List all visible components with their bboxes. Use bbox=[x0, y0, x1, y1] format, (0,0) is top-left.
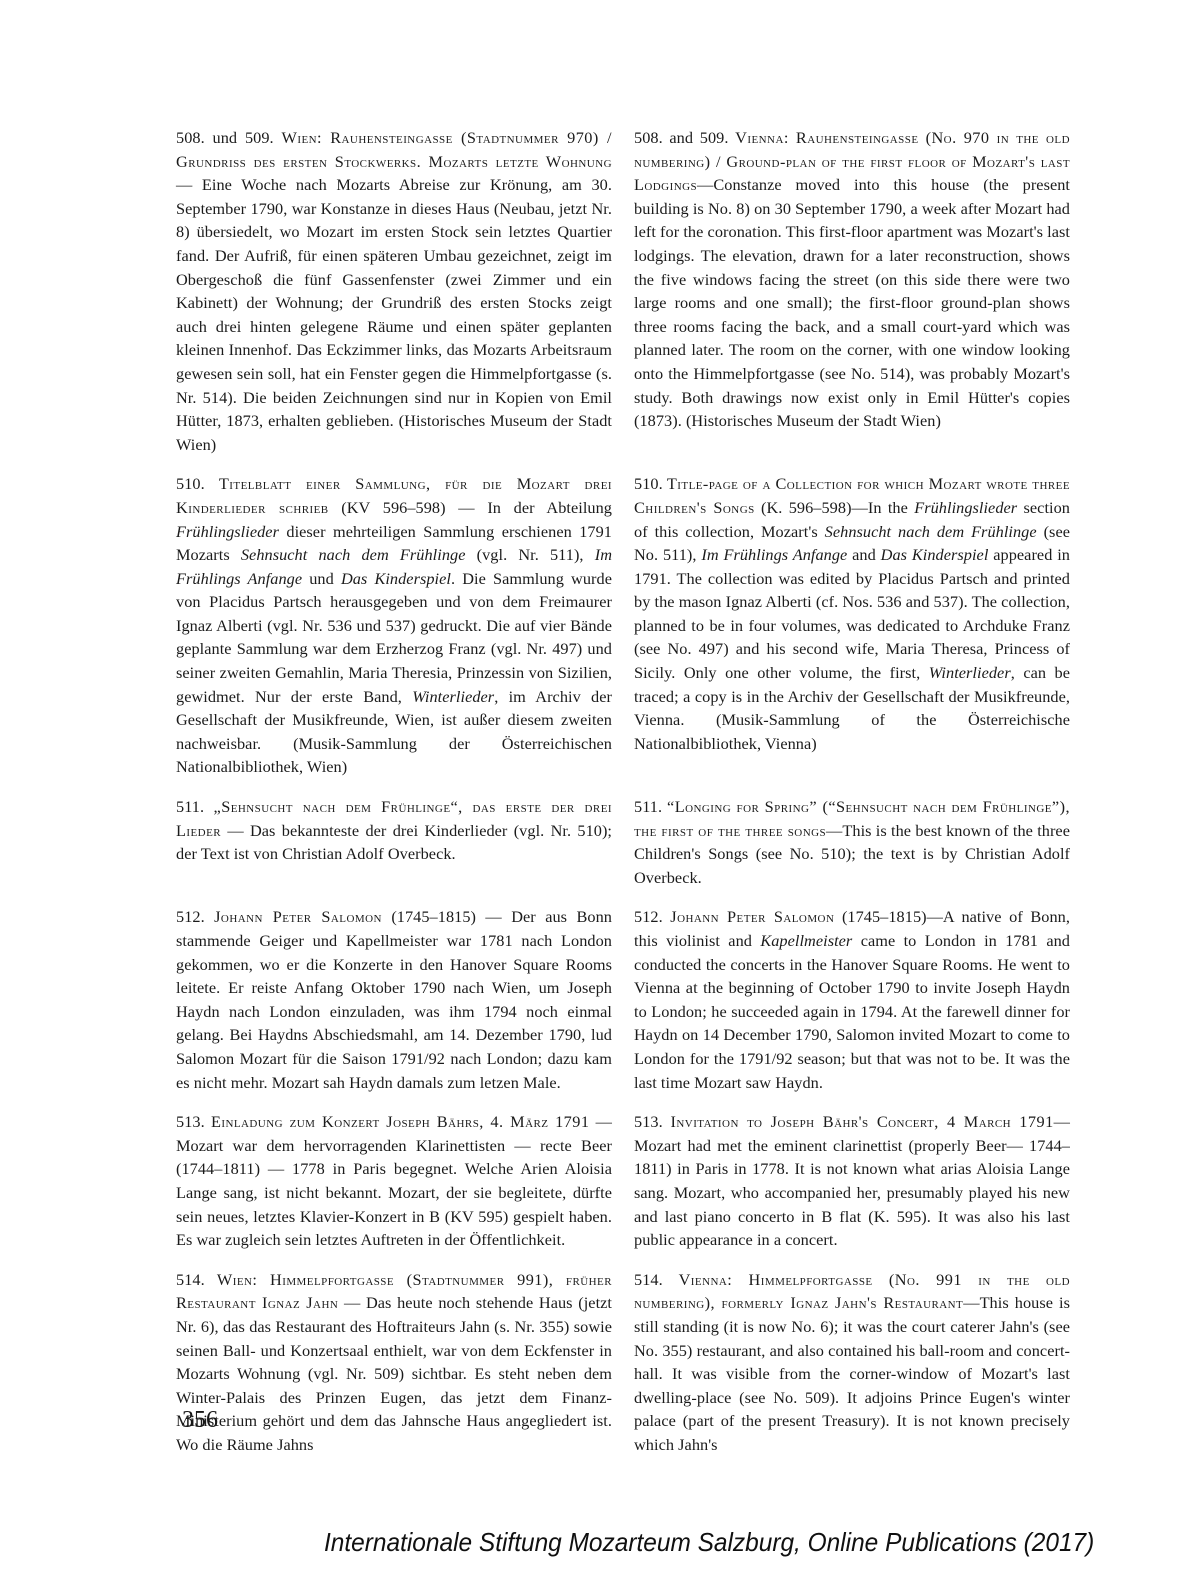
italic-title-text: Das Kinderspiel bbox=[341, 569, 451, 588]
body-text: — Das heute noch stehende Haus (jetzt Nr… bbox=[176, 1293, 612, 1454]
entry-english-text: 513. Invitation to Joseph Bähr's Concert… bbox=[634, 1110, 1070, 1252]
body-text: (vgl. Nr. 511), bbox=[465, 545, 594, 564]
entry-row: 513. Einladung zum Konzert Joseph Bährs,… bbox=[176, 1110, 1070, 1252]
catalog-entries: 508. und 509. Wien: Rauhensteingasse (St… bbox=[176, 126, 1070, 1472]
entry-german-text: 510. Titelblatt einer Sammlung, für die … bbox=[176, 472, 612, 779]
body-text: (1745–1815) — Der aus Bonn stammende Gei… bbox=[176, 907, 612, 1091]
italic-title-text: Im Frühlings Anfange bbox=[701, 545, 847, 564]
body-text: 511. bbox=[176, 797, 214, 816]
italic-title-text: Frühlingslieder bbox=[914, 498, 1017, 517]
body-text: —Mozart had met the eminent clarinettist… bbox=[634, 1112, 1070, 1249]
body-text: 510. bbox=[634, 474, 667, 493]
entry-english-text: 511. “Longing for Spring” (“Sehnsucht na… bbox=[634, 795, 1070, 889]
body-text: 511. bbox=[634, 797, 667, 816]
body-text: 508. and 509. bbox=[634, 128, 735, 147]
entry-row: 510. Titelblatt einer Sammlung, für die … bbox=[176, 472, 1070, 779]
italic-title-text: Sehnsucht nach dem Frühlinge bbox=[241, 545, 466, 564]
body-text: 514. bbox=[176, 1270, 217, 1289]
body-text: 514. bbox=[634, 1270, 679, 1289]
entry-german-text: 513. Einladung zum Konzert Joseph Bährs,… bbox=[176, 1110, 612, 1252]
body-text: —This house is still standing (it is now… bbox=[634, 1293, 1070, 1454]
body-text: came to London in 1781 and conducted the… bbox=[634, 931, 1070, 1092]
small-caps-heading-text: Einladung zum Konzert Joseph Bährs, 4. M… bbox=[211, 1112, 590, 1131]
body-text: — Eine Woche nach Mozarts Abreise zur Kr… bbox=[176, 175, 612, 454]
italic-title-text: Frühlingslieder bbox=[176, 522, 279, 541]
italic-title-text: Winterlieder bbox=[412, 687, 494, 706]
entry-row: 508. und 509. Wien: Rauhensteingasse (St… bbox=[176, 126, 1070, 456]
small-caps-heading-text: Invitation to Joseph Bähr's Concert, 4 M… bbox=[671, 1112, 1054, 1131]
entry-row: 512. Johann Peter Salomon (1745–1815) — … bbox=[176, 905, 1070, 1094]
entry-german-text: 514. Wien: Himmelpfortgasse (Stadtnummer… bbox=[176, 1268, 612, 1457]
entry-german-text: 508. und 509. Wien: Rauhensteingasse (St… bbox=[176, 126, 612, 456]
body-text: and bbox=[847, 545, 880, 564]
page-number: 356 bbox=[182, 1408, 218, 1432]
body-text: 512. bbox=[634, 907, 670, 926]
body-text: appeared in 1791. The collection was edi… bbox=[634, 545, 1070, 682]
small-caps-heading-text: Johann Peter Salomon bbox=[214, 907, 382, 926]
body-text: (K. 596–598)—In the bbox=[755, 498, 915, 517]
entry-german-text: 512. Johann Peter Salomon (1745–1815) — … bbox=[176, 905, 612, 1094]
italic-title-text: Sehnsucht nach dem Frühlinge bbox=[825, 522, 1037, 541]
italic-title-text: Kapellmeister bbox=[760, 931, 852, 950]
entry-row: 514. Wien: Himmelpfortgasse (Stadtnummer… bbox=[176, 1268, 1070, 1457]
entry-german-text: 511. „Sehnsucht nach dem Frühlinge“, das… bbox=[176, 795, 612, 889]
scanned-book-page: { "page": { "number": "356", "footer_cre… bbox=[0, 0, 1200, 1581]
entry-english-text: 512. Johann Peter Salomon (1745–1815)—A … bbox=[634, 905, 1070, 1094]
body-text: 513. bbox=[634, 1112, 671, 1131]
entry-english-text: 510. Title-page of a Collection for whic… bbox=[634, 472, 1070, 779]
body-text: —Constanze moved into this house (the pr… bbox=[634, 175, 1070, 430]
italic-title-text: Das Kinderspiel bbox=[881, 545, 989, 564]
body-text: 513. bbox=[176, 1112, 211, 1131]
body-text: — Mozart war dem hervorragenden Klarinet… bbox=[176, 1112, 612, 1249]
italic-title-text: Winterlieder bbox=[929, 663, 1011, 682]
entry-english-text: 514. Vienna: Himmelpfortgasse (No. 991 i… bbox=[634, 1268, 1070, 1457]
body-text: . Die Sammlung wurde von Placidus Partsc… bbox=[176, 569, 612, 706]
entry-row: 511. „Sehnsucht nach dem Frühlinge“, das… bbox=[176, 795, 1070, 889]
body-text: 510. bbox=[176, 474, 219, 493]
body-text: (KV 596–598) — In der Abteilung bbox=[329, 498, 612, 517]
small-caps-heading-text: Johann Peter Salomon bbox=[670, 907, 834, 926]
body-text: — Das bekannteste der drei Kinderlieder … bbox=[176, 821, 612, 864]
body-text: 508. und 509. bbox=[176, 128, 282, 147]
footer-credit: Internationale Stiftung Mozarteum Salzbu… bbox=[324, 1527, 1094, 1558]
body-text: 512. bbox=[176, 907, 214, 926]
body-text: und bbox=[302, 569, 341, 588]
entry-english-text: 508. and 509. Vienna: Rauhensteingasse (… bbox=[634, 126, 1070, 456]
